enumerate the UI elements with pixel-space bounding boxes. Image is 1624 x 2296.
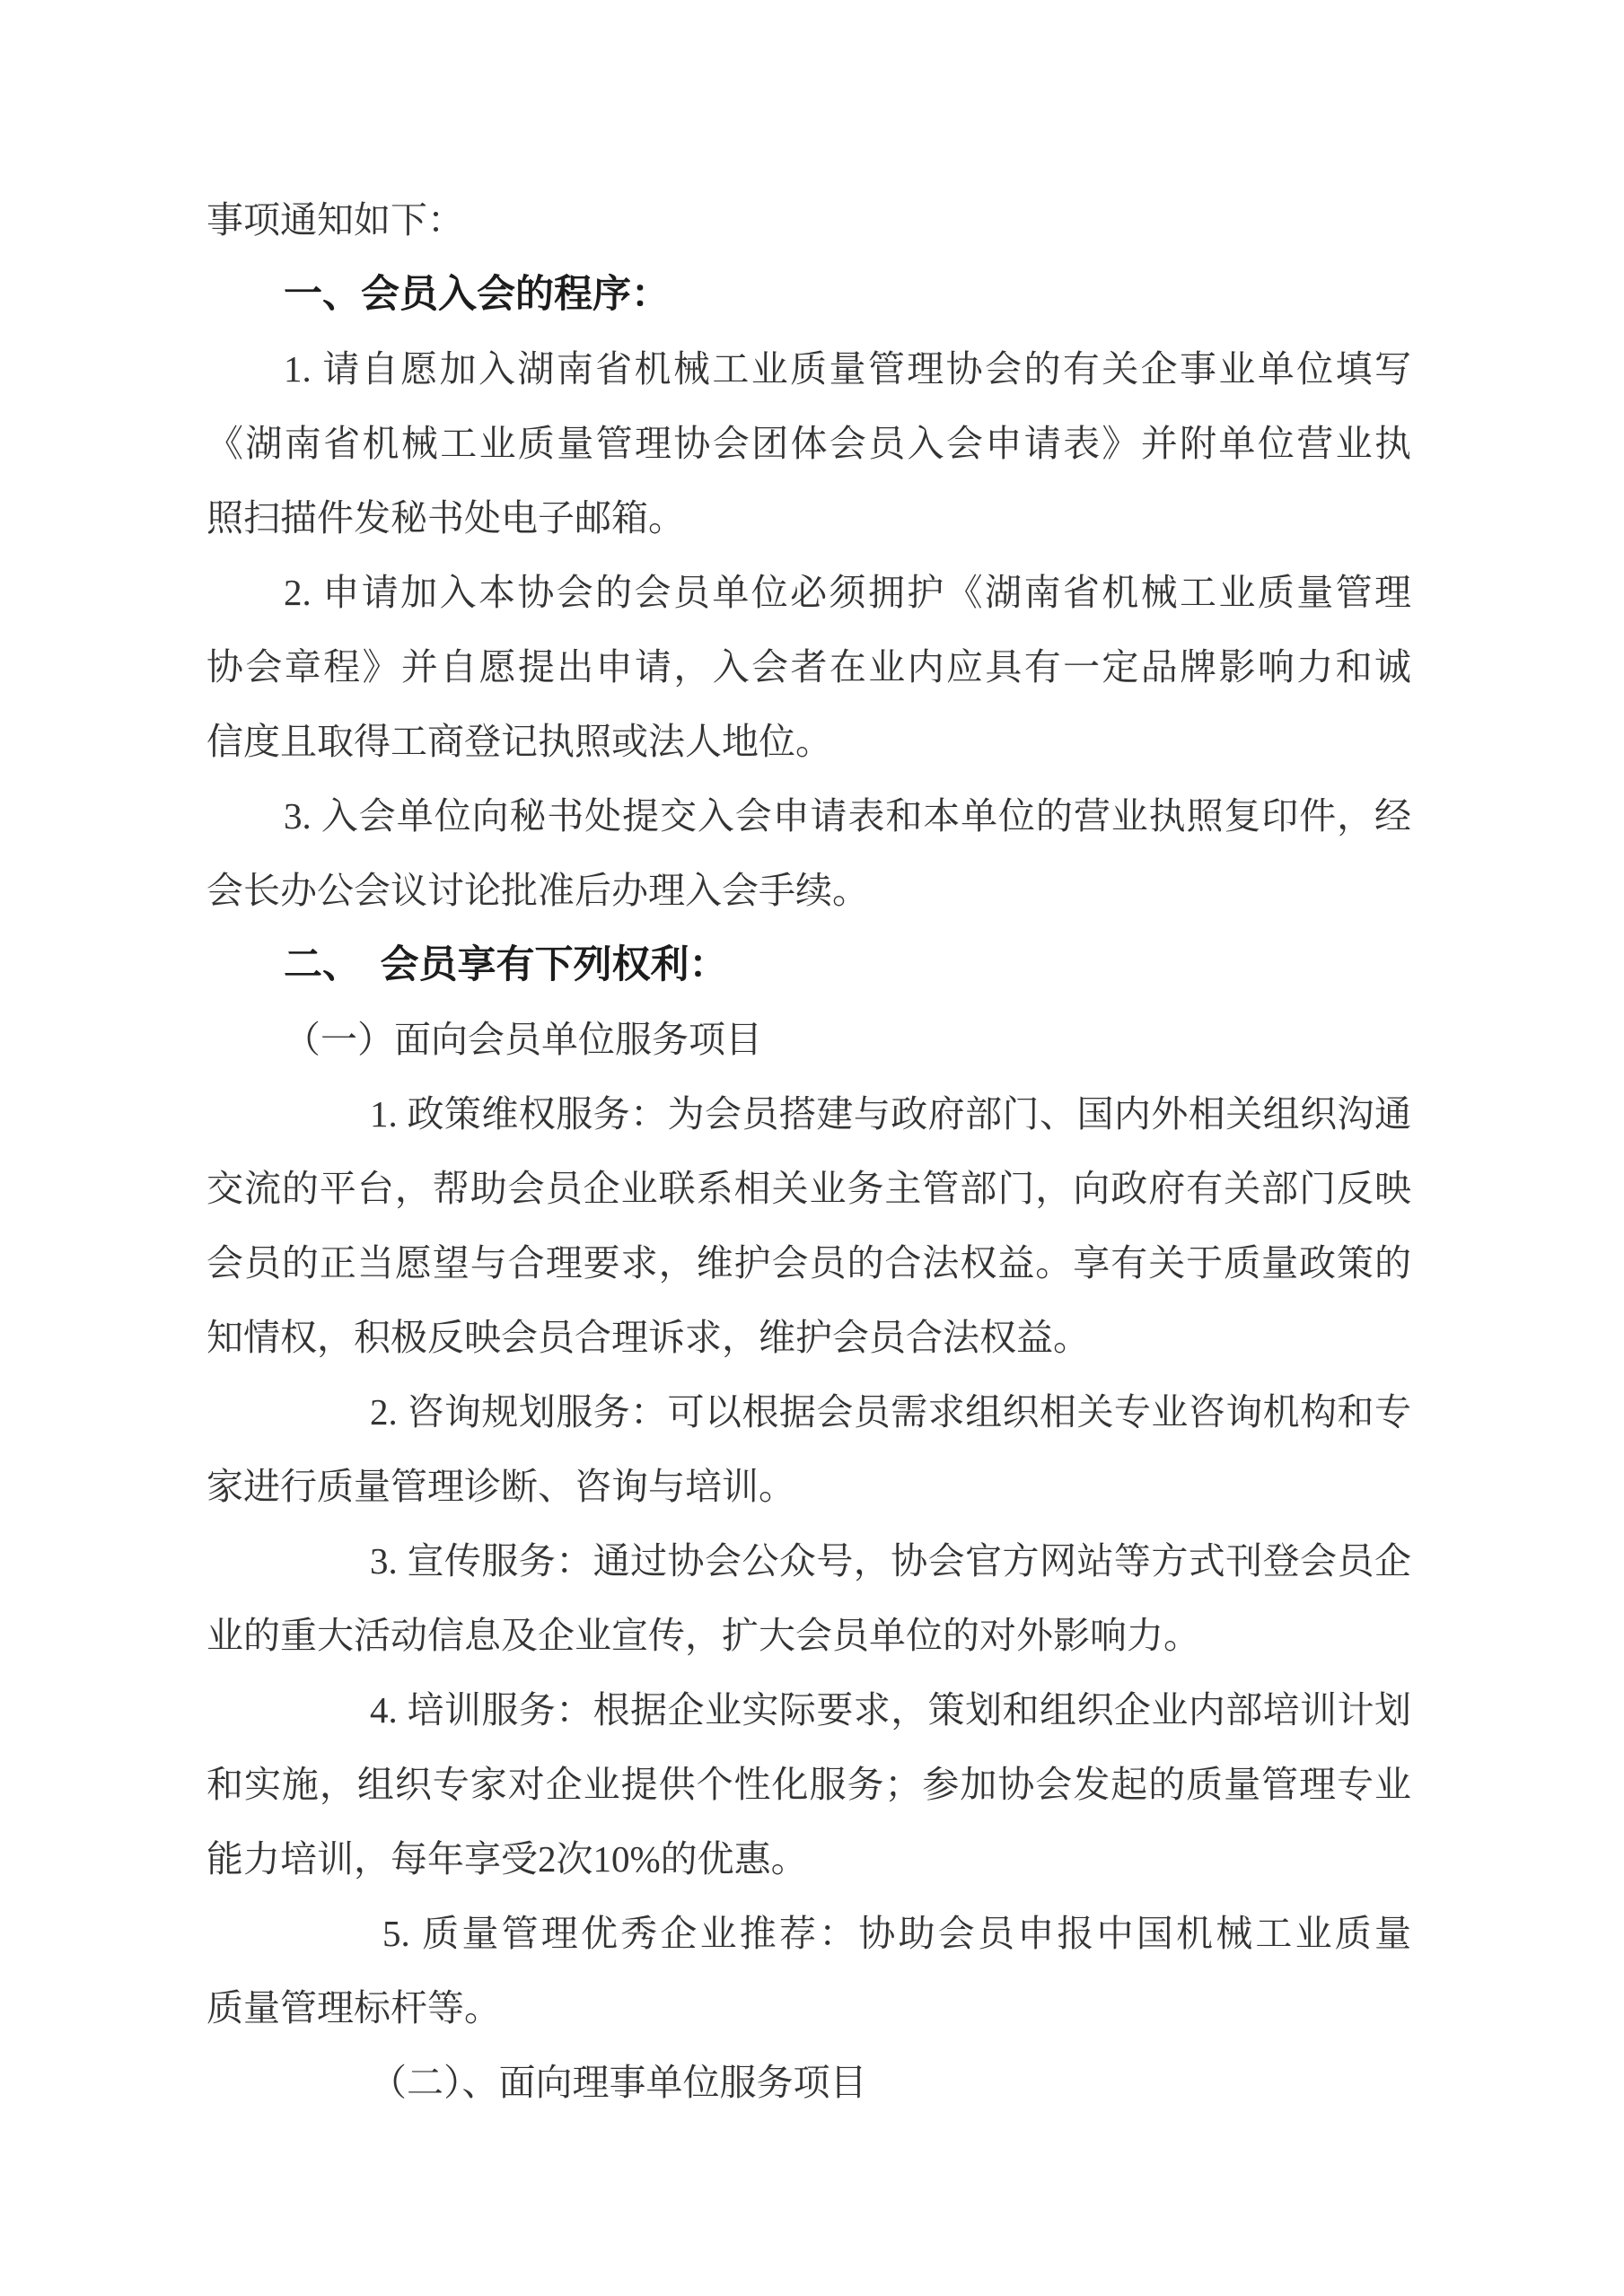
document-body: 事项通知如下： 一、会员入会的程序： 1. 请自愿加入湖南省机械工业质量管理协会…	[206, 183, 1411, 2120]
text-line: 会员的正当愿望与合理要求，维护会员的合法权益。享有关于质量政策的	[206, 1226, 1411, 1301]
text-line: 能力培训，每年享受2次10%的优惠。	[206, 1822, 1411, 1897]
text-line: 交流的平台，帮助会员企业联系相关业务主管部门，向政府有关部门反映	[206, 1152, 1411, 1226]
section-heading-1: 一、会员入会的程序：	[206, 258, 1411, 332]
section-heading-2: 二、 会员享有下列权利：	[206, 928, 1411, 1003]
text-line: 和实施，组织专家对企业提供个性化服务；参加协会发起的质量管理专业	[206, 1748, 1411, 1822]
text-line: 4. 培训服务：根据企业实际要求，策划和组织企业内部培训计划	[206, 1673, 1411, 1748]
text-line: 1. 请自愿加入湖南省机械工业质量管理协会的有关企事业单位填写	[206, 332, 1411, 407]
text-line: 2. 咨询规划服务：可以根据会员需求组织相关专业咨询机构和专	[206, 1375, 1411, 1450]
text-line: 1. 政策维权服务：为会员搭建与政府部门、国内外相关组织沟通	[206, 1077, 1411, 1152]
text-line: 《湖南省机械工业质量管理协会团体会员入会申请表》并附单位营业执	[206, 407, 1411, 481]
text-line: 知情权，积极反映会员合理诉求，维护会员合法权益。	[206, 1301, 1411, 1375]
document-page: 事项通知如下： 一、会员入会的程序： 1. 请自愿加入湖南省机械工业质量管理协会…	[0, 0, 1624, 2296]
text-line: 信度且取得工商登记执照或法人地位。	[206, 705, 1411, 779]
subsection-heading-1: （一）面向会员单位服务项目	[206, 1003, 1411, 1077]
text-line: 家进行质量管理诊断、咨询与培训。	[206, 1450, 1411, 1524]
subsection-heading-2: （二）、面向理事单位服务项目	[206, 2046, 1411, 2120]
text-line: 事项通知如下：	[206, 183, 1411, 258]
text-line: 质量管理标杆等。	[206, 1971, 1411, 2046]
text-line: 3. 宣传服务：通过协会公众号，协会官方网站等方式刊登会员企	[206, 1524, 1411, 1599]
text-line: 业的重大活动信息及企业宣传，扩大会员单位的对外影响力。	[206, 1599, 1411, 1673]
text-line: 会长办公会议讨论批准后办理入会手续。	[206, 854, 1411, 928]
text-line: 5. 质量管理优秀企业推荐：协助会员申报中国机械工业质量奖、	[206, 1897, 1411, 1971]
text-line: 3. 入会单位向秘书处提交入会申请表和本单位的营业执照复印件，经	[206, 779, 1411, 854]
text-line: 协会章程》并自愿提出申请，入会者在业内应具有一定品牌影响力和诚	[206, 630, 1411, 705]
text-line: 2. 申请加入本协会的会员单位必须拥护《湖南省机械工业质量管理	[206, 556, 1411, 630]
text-line: 照扫描件发秘书处电子邮箱。	[206, 481, 1411, 556]
